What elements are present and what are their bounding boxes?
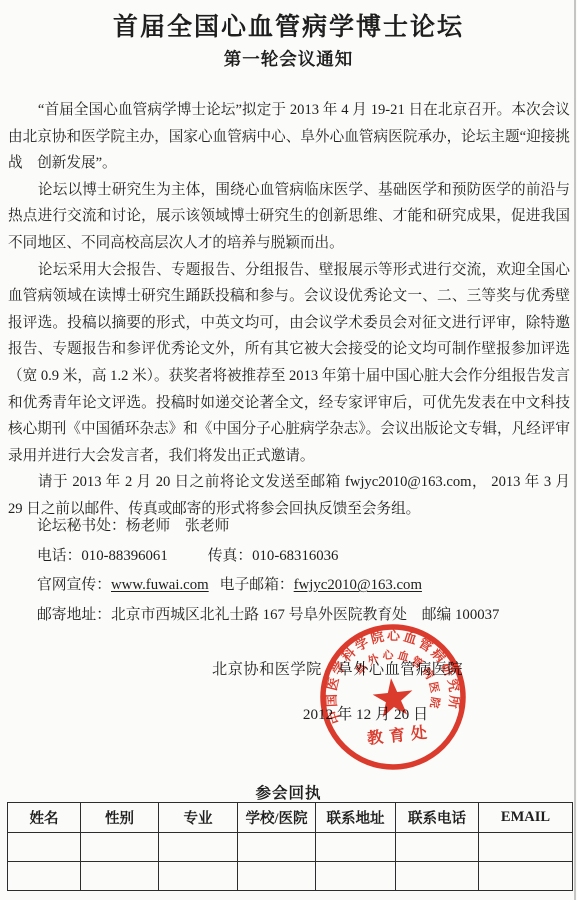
table-cell [81,862,159,891]
table-cell [81,833,159,862]
scan-edge-artifact [574,0,576,900]
col-header-phone: 联系电话 [396,803,479,833]
address-label: 邮寄地址： [37,607,111,623]
table-cell [238,862,316,891]
table-cell [479,862,573,891]
phone-value: 010-88396061 [81,548,167,564]
secretariat-value: 杨老师 张老师 [126,518,230,534]
table-cell [159,862,238,891]
table-cell [238,833,316,862]
receipt-table: 姓名 性别 专业 学校/医院 联系地址 联系电话 EMAIL [7,802,573,891]
website-link[interactable]: www.fuwai.com [111,577,209,593]
paragraph-submission-rules: 论坛采用大会报告、专题报告、分组报告、壁报展示等形式进行交流，欢迎全国心血管病领… [8,257,570,470]
secretariat-label: 论坛秘书处： [37,518,126,534]
seal-star-icon [371,676,415,718]
contact-block: 论坛秘书处：杨老师 张老师 电话：010-88396061传真：010-6831… [0,512,577,630]
paragraph-overview: “首届全国心血管病学博士论坛”拟定于 2013 年 4 月 19-21 日在北京… [8,97,570,177]
page-title: 首届全国心血管病学博士论坛 [0,7,577,43]
table-cell [396,833,479,862]
table-cell [159,833,238,862]
col-header-school: 学校/医院 [238,803,316,833]
col-header-address: 联系地址 [316,803,396,833]
fax-value: 010-68316036 [252,548,338,564]
phone-fax-line: 电话：010-88396061传真：010-68316036 [0,542,577,572]
col-header-name: 姓名 [8,803,81,833]
table-cell [396,862,479,891]
website-label: 官网宣传： [37,577,111,593]
page-subtitle: 第一轮会议通知 [0,46,577,71]
table-cell [479,833,573,862]
table-cell [316,862,396,891]
secretariat-line: 论坛秘书处：杨老师 张老师 [0,512,577,542]
web-email-line: 官网宣传：www.fuwai.com电子邮箱：fwjyc2010@163.com [0,571,577,601]
col-header-gender: 性别 [81,803,159,833]
col-header-email: EMAIL [479,803,573,833]
document-page: 首届全国心血管病学博士论坛 第一轮会议通知 “首届全国心血管病学博士论坛”拟定于… [0,0,577,900]
table-cell [316,833,396,862]
notice-body: “首届全国心血管病学博士论坛”拟定于 2013 年 4 月 19-21 日在北京… [8,97,570,523]
receipt-empty-row [8,862,573,891]
phone-label: 电话： [37,548,81,564]
email-link[interactable]: fwjyc2010@163.com [294,577,422,593]
email-label: 电子邮箱： [220,577,294,593]
fax-label: 传真： [208,548,252,564]
table-cell [8,833,81,862]
receipt-title: 参会回执 [0,781,577,803]
paragraph-purpose: 论坛以博士研究生为主体，围绕心血管病临床医学、基础医学和预防医学的前沿与热点进行… [8,177,570,257]
receipt-header-row: 姓名 性别 专业 学校/医院 联系地址 联系电话 EMAIL [8,803,573,833]
receipt-empty-row [8,833,573,862]
table-cell [8,862,81,891]
address-line: 邮寄地址：北京市西城区北礼士路 167 号阜外医院教育处 邮编 100037 [0,601,577,631]
col-header-major: 专业 [159,803,238,833]
official-seal: 中国医学科学院心血管病研究所 阜外心血管病医院 教育处 [311,615,476,780]
seal-bottom-text: 教育处 [366,722,434,748]
